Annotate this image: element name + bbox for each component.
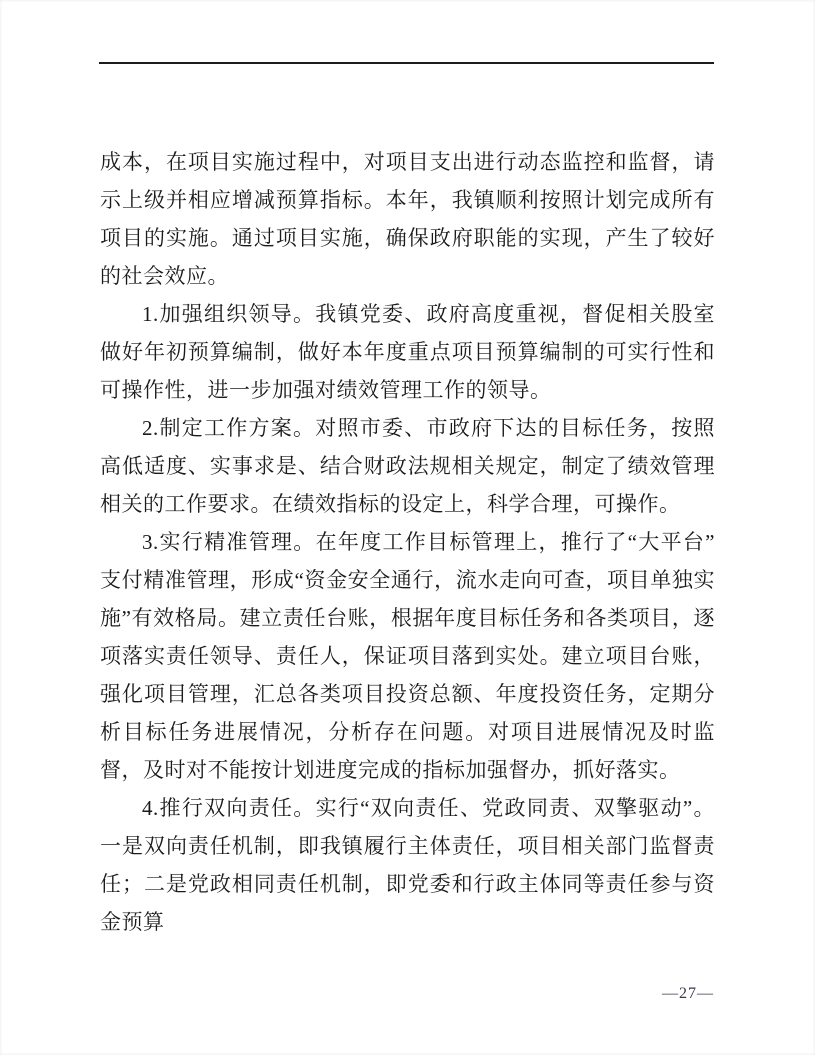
document-body: 成本，在项目实施过程中，对项目支出进行动态监控和监督，请示上级并相应增减预算指标… [100, 143, 715, 941]
body-paragraph: 4.推行双向责任。实行“双向责任、党政同责、双擎驱动”。一是双向责任机制，即我镇… [100, 789, 715, 941]
page-number: —27— [662, 984, 714, 1004]
header-rule [99, 62, 714, 64]
body-paragraph: 2.制定工作方案。对照市委、市政府下达的目标任务，按照高低适度、实事求是、结合财… [100, 409, 715, 523]
body-paragraph: 成本，在项目实施过程中，对项目支出进行动态监控和监督，请示上级并相应增减预算指标… [100, 143, 715, 295]
body-paragraph: 3.实行精准管理。在年度工作目标管理上，推行了“大平台”支付精准管理，形成“资金… [100, 523, 715, 789]
document-page: 成本，在项目实施过程中，对项目支出进行动态监控和监督，请示上级并相应增减预算指标… [0, 0, 815, 1055]
body-paragraph: 1.加强组织领导。我镇党委、政府高度重视，督促相关股室做好年初预算编制，做好本年… [100, 295, 715, 409]
